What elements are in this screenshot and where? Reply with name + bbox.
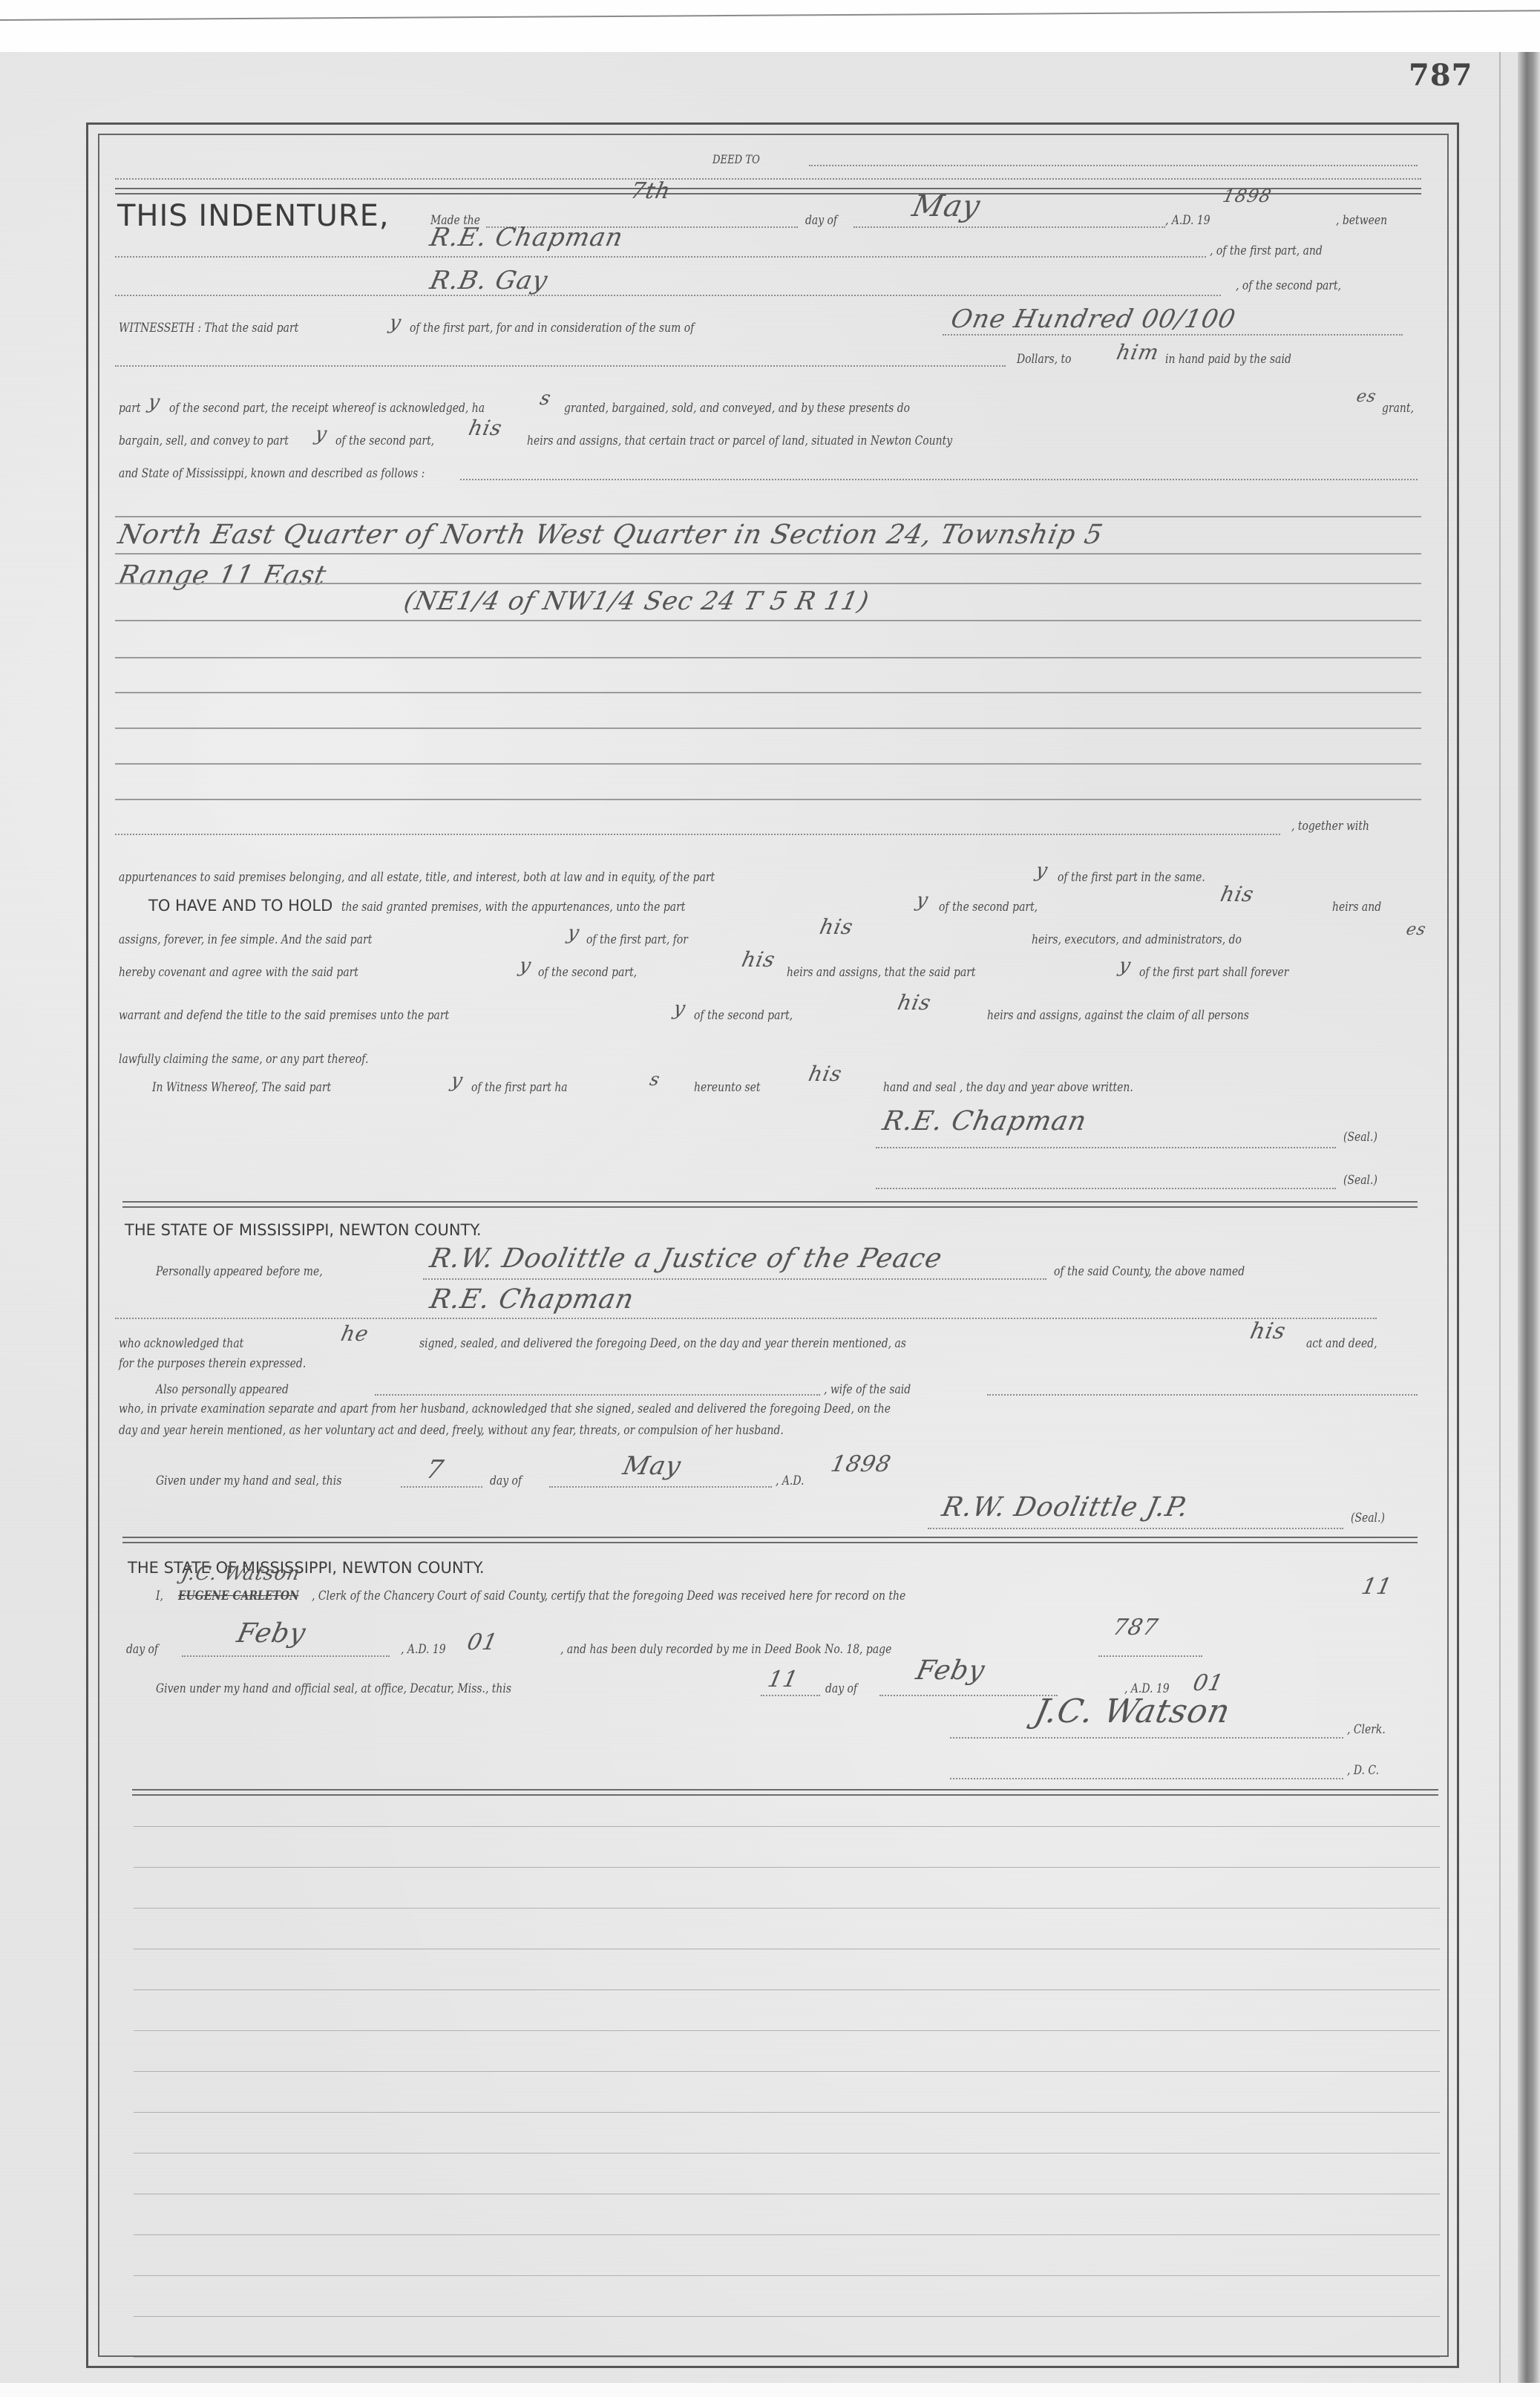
given-day-rule <box>401 1486 482 1488</box>
described-rule <box>460 479 1418 480</box>
ack-mid: signed, sealed, and delivered the forego… <box>419 1336 906 1351</box>
ack-end: act and deed, <box>1306 1336 1377 1351</box>
seal-label: (Seal.) <box>1343 1130 1377 1145</box>
second-party-label: , of the second part, <box>1236 278 1341 293</box>
witnesseth-line3-mid: of the second part, the receipt whereof … <box>169 401 485 416</box>
witnesseth-line4-mid: of the second part, <box>335 434 434 448</box>
ruled-line <box>134 2030 1440 2031</box>
ruled-line <box>115 620 1421 621</box>
given-ad: , A.D. <box>776 1474 804 1488</box>
to-have-and-to-hold-heading: TO HAVE AND TO HOLD <box>148 897 332 915</box>
appeared-suffix: of the said County, the above named <box>1054 1264 1245 1279</box>
page-number: 787 <box>1409 58 1473 93</box>
pronoun: his <box>817 915 855 939</box>
grantor-value: R.E. Chapman <box>427 1284 637 1315</box>
to-have-end: heirs and <box>1332 900 1381 915</box>
ruled-line <box>134 1949 1440 1949</box>
ruled-line <box>134 2316 1440 2317</box>
warrant-mid: of the second part, <box>694 1008 793 1023</box>
recorded-text: , and has been duly recorded by me in De… <box>560 1642 891 1657</box>
legal-description-line3: (NE1/4 of NW1/4 Sec 24 T 5 R 11) <box>402 586 872 616</box>
ruled-line <box>134 2357 1440 2358</box>
witness-mid: of the first part ha <box>471 1080 568 1095</box>
sum-rule-2 <box>115 365 1006 367</box>
clerk-prefix: I, <box>156 1589 163 1603</box>
grant-label: grant, <box>1382 401 1414 416</box>
given-year-value: 1898 <box>828 1451 894 1477</box>
acknowledgment-heading: THE STATE OF MISSISSIPPI, NEWTON COUNTY. <box>125 1221 482 1239</box>
day-of-label: day of <box>805 213 837 228</box>
clerk-label: , Clerk. <box>1347 1722 1386 1737</box>
witnesseth-line1-mid: of the first part, for and in considerat… <box>410 321 694 336</box>
section-divider <box>122 1201 1418 1208</box>
section-divider <box>122 1537 1418 1543</box>
given-day-of: day of <box>490 1474 522 1488</box>
lawfully-text: lawfully claiming the same, or any part … <box>119 1052 368 1067</box>
assigns-mid: of the first part, for <box>586 932 688 947</box>
private-exam-text: who, in private examination separate and… <box>119 1402 891 1416</box>
does-suffix: es <box>1354 387 1378 406</box>
to-have-mid: of the second part, <box>939 900 1038 915</box>
ad-label: , A.D. 19 <box>1165 213 1210 228</box>
witnesseth-line4: bargain, sell, and convey to part <box>119 434 289 448</box>
given-official-day: 11 <box>765 1667 801 1693</box>
clerk-signature-rule <box>950 1737 1343 1739</box>
given-prefix: Given under my hand and seal, this <box>156 1474 341 1488</box>
ruled-line <box>134 1908 1440 1909</box>
ruled-line <box>134 2153 1440 2154</box>
ruled-line <box>134 1867 1440 1868</box>
covenant-end: of the first part shall forever <box>1139 965 1288 980</box>
month-rule <box>853 226 1165 228</box>
ruled-line <box>115 799 1421 800</box>
record-day-value: 11 <box>1359 1574 1395 1600</box>
ruled-line <box>134 2194 1440 2194</box>
witnesseth-line3-mid2: granted, bargained, sold, and conveyed, … <box>564 401 910 416</box>
signature-rule-2 <box>876 1188 1336 1189</box>
page-rule <box>1098 1655 1202 1657</box>
grantor-pronoun: him <box>1114 340 1161 364</box>
appeared-prefix: Personally appeared before me, <box>156 1264 323 1279</box>
indenture-day-value: 7th <box>628 178 673 204</box>
binding-line <box>1499 52 1501 2383</box>
consideration-sum-value: One Hundred 00/100 <box>948 304 1239 334</box>
given-official-day-of: day of <box>825 1681 857 1696</box>
indenture-title: THIS INDENTURE, <box>117 199 390 233</box>
assigns-end: heirs, executors, and administrators, do <box>1032 932 1242 947</box>
ruled-line <box>134 1989 1440 1990</box>
ruled-line <box>115 763 1421 765</box>
sum-rule <box>943 334 1403 336</box>
record-month-rule <box>182 1655 390 1657</box>
warrant-text: warrant and defend the title to the said… <box>119 1008 449 1023</box>
voluntary-text: day and year herein mentioned, as her vo… <box>119 1423 784 1438</box>
together-rule <box>115 834 1280 835</box>
witnesseth-line4-suffix: heirs and assigns, that certain tract or… <box>527 434 952 448</box>
witnesseth-line5: and State of Mississippi, known and desc… <box>119 466 425 481</box>
ruled-line <box>134 2071 1440 2072</box>
between-label: , between <box>1336 213 1387 228</box>
given-month-rule <box>549 1486 772 1488</box>
ruled-line <box>115 692 1421 693</box>
first-party-rule <box>115 256 1206 258</box>
officer-rule <box>423 1278 1046 1280</box>
officer-value: R.W. Doolittle a Justice of the Peace <box>427 1243 946 1274</box>
pronoun: his <box>895 990 933 1015</box>
grantor-signature: R.E. Chapman <box>880 1106 1090 1137</box>
appurtenances-text: appurtenances to said premises belonging… <box>119 870 715 885</box>
ack-pronoun-2: his <box>1248 1318 1288 1344</box>
legal-description-line2: Range 11 East <box>116 560 330 591</box>
together-with-label: , together with <box>1291 819 1369 834</box>
first-party-value: R.E. Chapman <box>427 223 626 252</box>
seal-label: (Seal.) <box>1343 1173 1377 1188</box>
book-page-value: 787 <box>1110 1615 1161 1641</box>
covenant-mid: of the second part, <box>538 965 637 980</box>
ruled-line <box>134 2275 1440 2276</box>
pronoun: his <box>806 1062 844 1086</box>
legal-description-line1: North East Quarter of North West Quarter… <box>116 520 1106 550</box>
pronoun: his <box>1218 882 1256 906</box>
book-binding-shadow <box>1518 52 1540 2383</box>
signature-rule <box>876 1147 1336 1148</box>
given-month-rule <box>879 1695 1058 1696</box>
ruled-line <box>115 727 1421 729</box>
justice-signature: R.W. Doolittle J.P. <box>940 1492 1192 1523</box>
ruled-line <box>115 657 1421 658</box>
dollars-label: Dollars, to <box>1017 352 1071 367</box>
indenture-month-value: May <box>909 189 983 223</box>
given-day-rule <box>761 1695 820 1696</box>
given-official-prefix: Given under my hand and official seal, a… <box>156 1681 511 1696</box>
record-year-suffix: 01 <box>465 1629 500 1655</box>
to-have-text: the said granted premises, with the appu… <box>341 900 685 915</box>
second-party-rule <box>115 295 1221 296</box>
record-month-value: Feby <box>235 1618 309 1649</box>
struck-clerk-name: EUGENE CARLETON <box>178 1589 299 1603</box>
record-ad: , A.D. 19 <box>401 1642 446 1657</box>
wife-of-text: , wife of the said <box>824 1382 911 1397</box>
covenant-text: hereby covenant and agree with the said … <box>119 965 358 980</box>
appurtenances-end: of the first part in the same. <box>1058 870 1205 885</box>
deed-to-rule <box>809 165 1418 166</box>
also-appeared-text: Also personally appeared <box>156 1382 289 1397</box>
second-party-value: R.B. Gay <box>427 266 551 295</box>
warrant-end: heirs and assigns, against the claim of … <box>987 1008 1249 1023</box>
deed-to-label: DEED TO <box>712 152 760 166</box>
wife-rule-2 <box>987 1394 1418 1396</box>
clerk-text: , Clerk of the Chancery Court of said Co… <box>312 1589 905 1603</box>
witness-end: hand and seal , the day and year above w… <box>883 1080 1133 1095</box>
pronoun: his <box>739 947 777 972</box>
scan-bottom-margin <box>0 2383 1540 2397</box>
scan-top-margin <box>0 0 1540 52</box>
grantor-rule <box>115 1318 1377 1319</box>
header-rule <box>115 178 1421 180</box>
dollars-suffix: in hand paid by the said <box>1165 352 1291 367</box>
dc-label: , D. C. <box>1347 1763 1379 1778</box>
ruled-line <box>115 583 1421 584</box>
section-divider <box>132 1789 1438 1796</box>
clerk-signature: J.C. Watson <box>1032 1693 1234 1730</box>
does-suffix: es <box>1404 920 1428 939</box>
ruled-line <box>134 1826 1440 1827</box>
first-party-label: , of the first part, and <box>1210 243 1323 258</box>
ack-pronoun: he <box>338 1321 371 1346</box>
purposes-text: for the purposes therein expressed. <box>119 1356 306 1371</box>
witnesseth-line3: part <box>119 401 141 416</box>
ruled-line <box>115 553 1421 555</box>
record-day-of: day of <box>126 1642 158 1657</box>
dc-rule <box>950 1778 1343 1779</box>
clerk-name-handwritten: J.C. Watson <box>180 1563 303 1585</box>
ruled-line <box>134 2112 1440 2113</box>
seal-label: (Seal.) <box>1351 1511 1385 1525</box>
ack-prefix: who acknowledged that <box>119 1336 243 1351</box>
ruled-line <box>115 516 1421 517</box>
ruled-line <box>134 2234 1440 2235</box>
indenture-year-value: 1898 <box>1221 186 1274 206</box>
given-official-month: Feby <box>914 1655 988 1686</box>
grantee-pronoun: his <box>466 416 504 440</box>
witness-whereof-text: In Witness Whereof, The said part <box>152 1080 331 1095</box>
given-month-value: May <box>620 1451 684 1481</box>
covenant-mid2: heirs and assigns, that the said part <box>787 965 976 980</box>
witness-mid2: hereunto set <box>694 1080 761 1095</box>
witnesseth-line1: WITNESSETH : That the said part <box>119 321 298 336</box>
wife-rule <box>375 1394 820 1396</box>
justice-signature-rule <box>928 1528 1343 1529</box>
assigns-text: assigns, forever, in fee simple. And the… <box>119 932 372 947</box>
